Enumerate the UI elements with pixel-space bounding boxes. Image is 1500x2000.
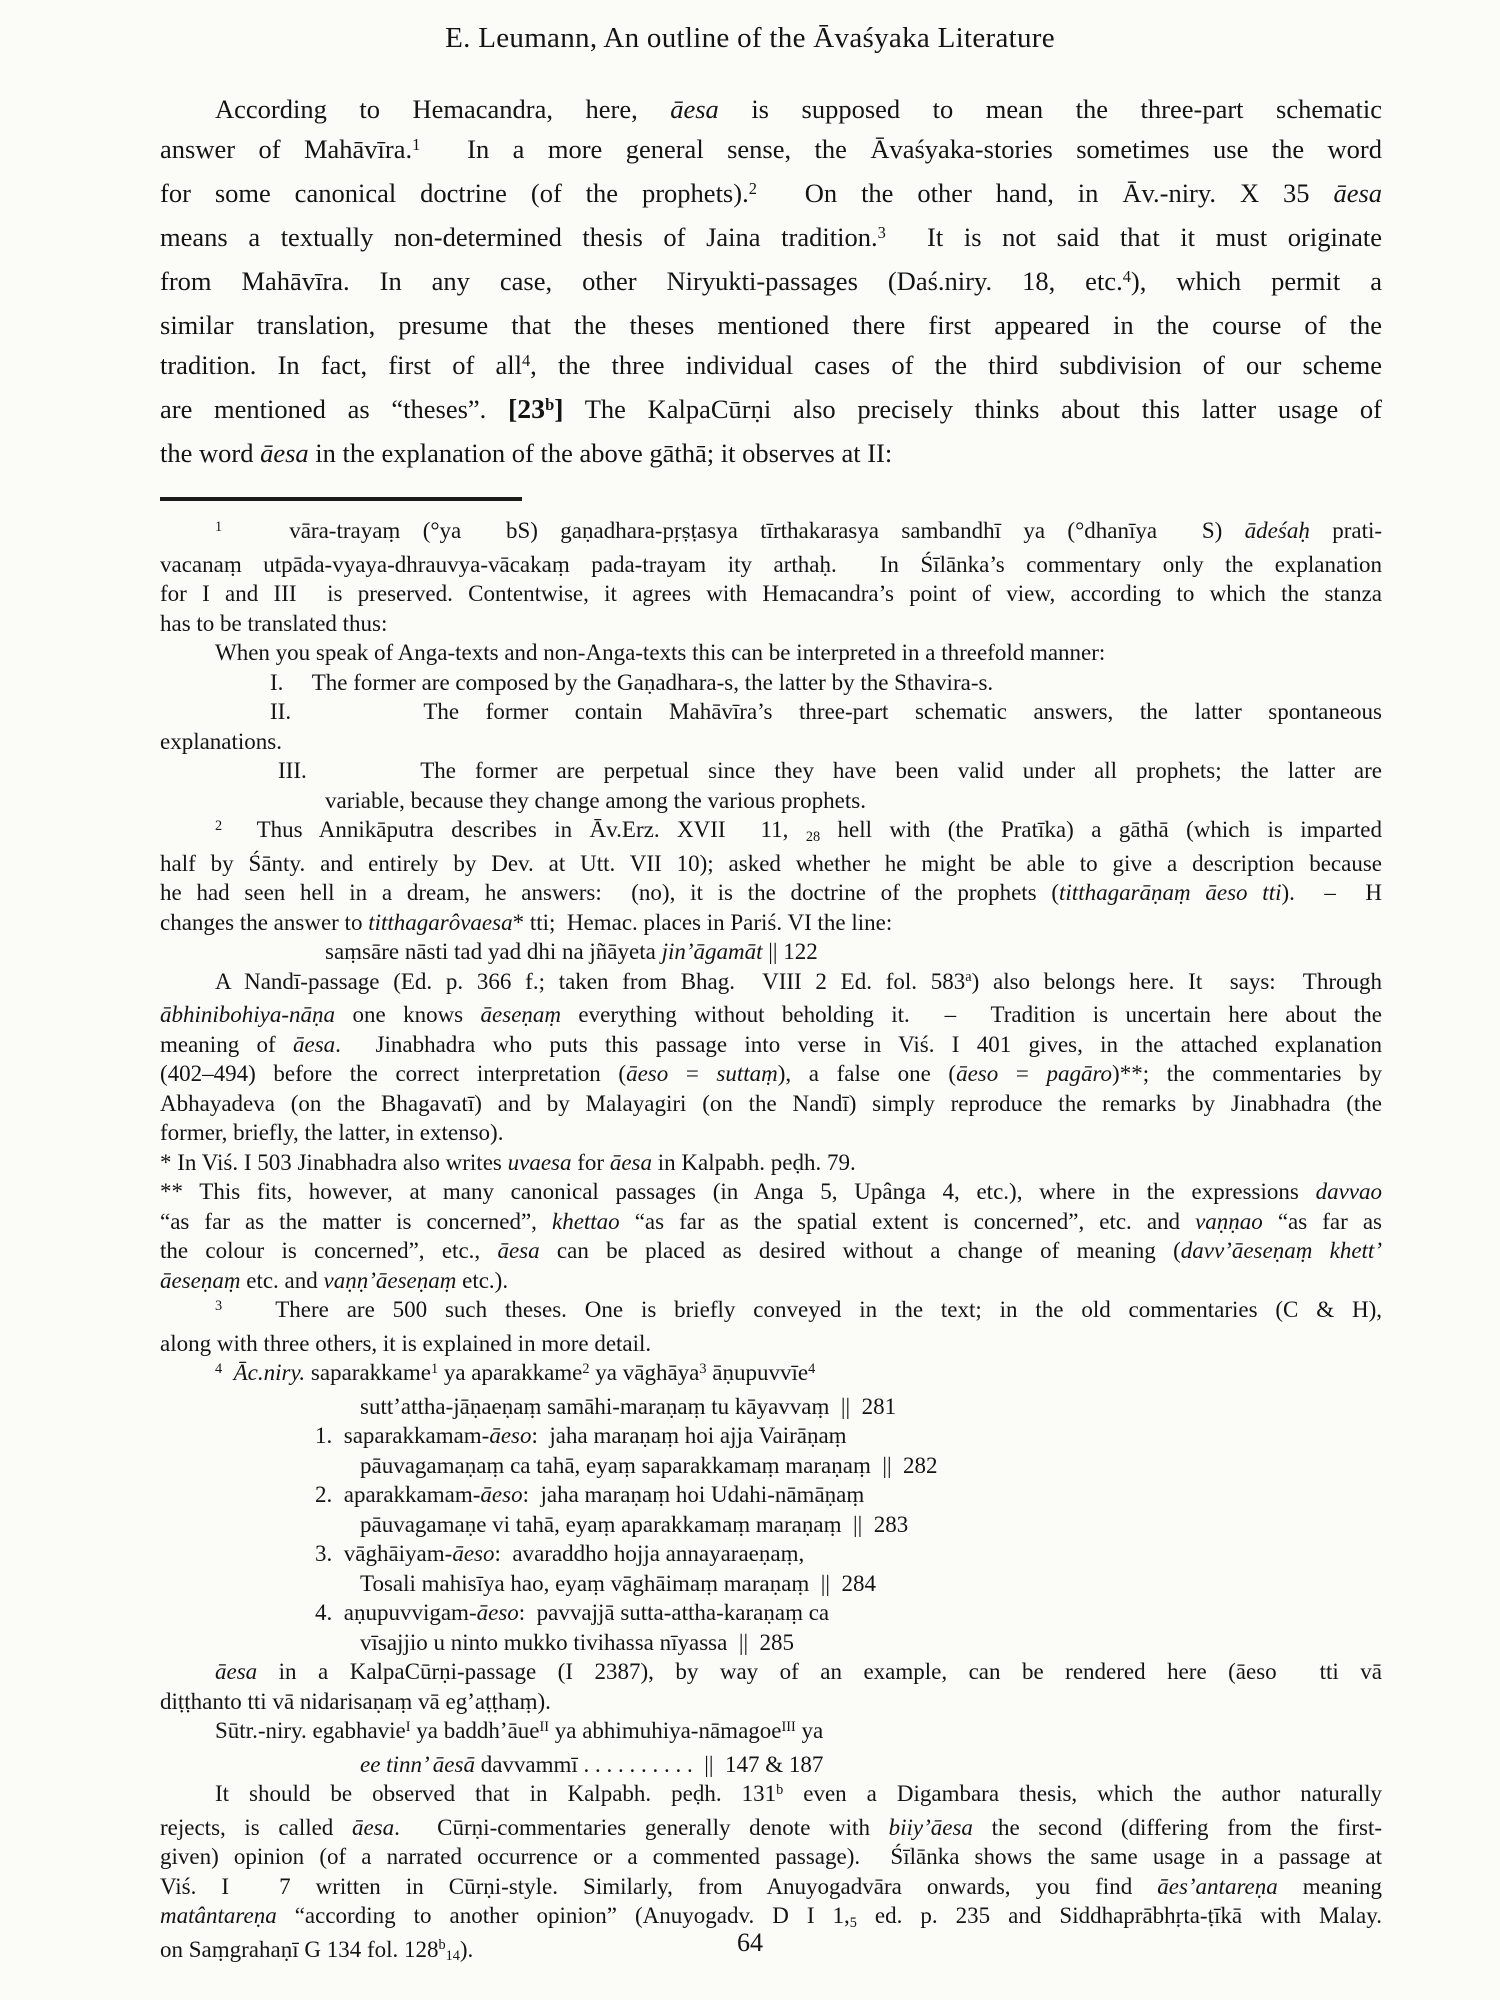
text-line: ** This fits, however, at many canonical…	[160, 1177, 1382, 1207]
text-line: are mentioned as “theses”. [23b] The Kal…	[160, 389, 1382, 433]
text-line: 2 Thus Annikāputra describes in Āv.Erz. …	[160, 815, 1382, 849]
text-line: tradition. In fact, first of all4, the t…	[160, 345, 1382, 389]
text-line: saṃsāre nāsti tad yad dhi na jñāyeta jin…	[160, 937, 1382, 967]
page-content: According to Hemacandra, here, āesa is s…	[0, 89, 1500, 1968]
text-line: ee tinn’ āesā davvammī . . . . . . . . .…	[160, 1750, 1382, 1780]
text-line: ābhinibohiya-nāṇa one knows āeseṇaṃ ever…	[160, 1000, 1382, 1030]
text-line: half by Śānty. and entirely by Dev. at U…	[160, 849, 1382, 879]
text-line: III. The former are perpetual since they…	[160, 756, 1382, 786]
text-line: Abhayadeva (on the Bhagavatī) and by Mal…	[160, 1089, 1382, 1119]
text-line: has to be translated thus:	[160, 609, 1382, 639]
text-line: from Mahāvīra. In any case, other Niryuk…	[160, 261, 1382, 305]
text-line: II. The former contain Mahāvīra’s three-…	[160, 697, 1382, 727]
text-line: for I and III is preserved. Contentwise,…	[160, 579, 1382, 609]
text-line: 3. vāghāiyam-āeso: avaraddho hojja annay…	[160, 1539, 1382, 1569]
text-line: Viś. I 7 written in Cūrṇi-style. Similar…	[160, 1872, 1382, 1902]
text-line: changes the answer to titthagarôvaesa* t…	[160, 908, 1382, 938]
text-line: Sūtr.-niry. egabhavieI ya baddh’āueII ya…	[160, 1716, 1382, 1750]
text-line: 3 There are 500 such theses. One is brie…	[160, 1295, 1382, 1329]
text-line: variable, because they change among the …	[160, 786, 1382, 816]
text-line: 1 vāra-trayaṃ (°ya bS) gaṇadhara-pṛṣṭasy…	[160, 516, 1382, 550]
footnotes: 1 vāra-trayaṃ (°ya bS) gaṇadhara-pṛṣṭasy…	[160, 516, 1382, 1968]
text-line: similar translation, presume that the th…	[160, 305, 1382, 345]
text-line: (402–494) before the correct interpretat…	[160, 1059, 1382, 1089]
main-paragraph: According to Hemacandra, here, āesa is s…	[160, 89, 1382, 473]
text-line: means a textually non-determined thesis …	[160, 217, 1382, 261]
text-line: he had seen hell in a dream, he answers:…	[160, 878, 1382, 908]
document-page: E. Leumann, An outline of the Āvaśyaka L…	[0, 0, 1500, 2000]
text-line: sutt’attha-jāṇaeṇaṃ samāhi-maraṇaṃ tu kā…	[160, 1392, 1382, 1422]
text-line: vīsajjio u ninto mukko tivihassa nīyassa…	[160, 1628, 1382, 1658]
text-line: diṭṭhanto tti vā nidarisaṇaṃ vā eg’aṭṭha…	[160, 1687, 1382, 1717]
text-line: 2. aparakkamam-āeso: jaha maraṇaṃ hoi Ud…	[160, 1480, 1382, 1510]
text-line: * In Viś. I 503 Jinabhadra also writes u…	[160, 1148, 1382, 1178]
page-title: E. Leumann, An outline of the Āvaśyaka L…	[0, 0, 1500, 55]
text-line: When you speak of Anga-texts and non-Ang…	[160, 638, 1382, 668]
text-line: A Nandī-passage (Ed. p. 366 f.; taken fr…	[160, 967, 1382, 1001]
text-line: for some canonical doctrine (of the prop…	[160, 173, 1382, 217]
text-line: vacanaṃ utpāda-vyaya-dhrauvya-vācakaṃ pa…	[160, 550, 1382, 580]
text-line: “as far as the matter is concerned”, khe…	[160, 1207, 1382, 1237]
text-line: According to Hemacandra, here, āesa is s…	[160, 89, 1382, 129]
text-line: 4 Āc.niry. saparakkame1 ya aparakkame2 y…	[160, 1358, 1382, 1392]
footnote-separator	[160, 497, 522, 501]
text-line: āesa in a KalpaCūrṇi-passage (I 2387), b…	[160, 1657, 1382, 1687]
text-line: 1. saparakkamam-āeso: jaha maraṇaṃ hoi a…	[160, 1421, 1382, 1451]
text-line: along with three others, it is explained…	[160, 1329, 1382, 1359]
text-line: meaning of āesa. Jinabhadra who puts thi…	[160, 1030, 1382, 1060]
text-line: pāuvagamaṇe vi tahā, eyaṃ aparakkamaṃ ma…	[160, 1510, 1382, 1540]
text-line: explanations.	[160, 727, 1382, 757]
text-line: It should be observed that in Kalpabh. p…	[160, 1779, 1382, 1813]
text-line: the word āesa in the explanation of the …	[160, 433, 1382, 473]
text-line: given) opinion (of a narrated occurrence…	[160, 1842, 1382, 1872]
text-line: Tosali mahisīya hao, eyaṃ vāghāimaṃ mara…	[160, 1569, 1382, 1599]
text-line: answer of Mahāvīra.1 In a more general s…	[160, 129, 1382, 173]
text-line: āeseṇaṃ etc. and vaṇṇ’āeseṇaṃ etc.).	[160, 1266, 1382, 1296]
text-line: I. The former are composed by the Gaṇadh…	[160, 668, 1382, 698]
text-line: rejects, is called āesa. Cūrṇi-commentar…	[160, 1813, 1382, 1843]
text-line: former, briefly, the latter, in extenso)…	[160, 1118, 1382, 1148]
page-number: 64	[0, 1928, 1500, 1958]
text-line: pāuvagamaṇaṃ ca tahā, eyaṃ saparakkamaṃ …	[160, 1451, 1382, 1481]
text-line: the colour is concerned”, etc., āesa can…	[160, 1236, 1382, 1266]
text-line: 4. aṇupuvvigam-āeso: pavvajjā sutta-atth…	[160, 1598, 1382, 1628]
